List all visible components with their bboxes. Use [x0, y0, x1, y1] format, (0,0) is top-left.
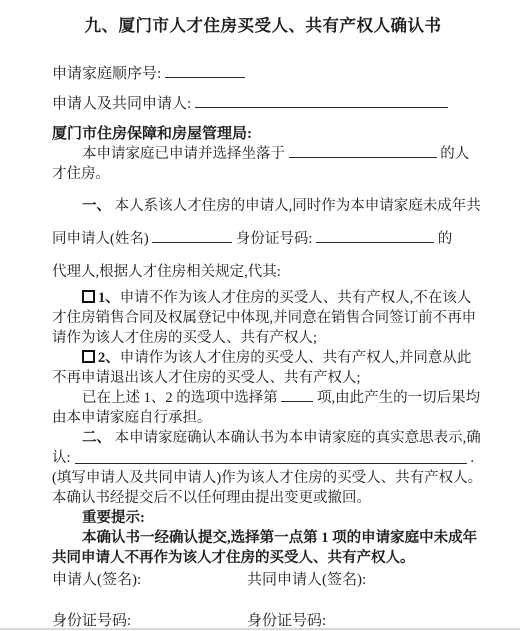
id-number-label: 身份证号码:: [236, 231, 313, 247]
option2-line-2: 不再申请退出该人才住房的买受人、共有产权人;: [52, 368, 474, 388]
choice-line-1: 已在上述 1、2 的选项中选择第 项,由此产生的一切后果均: [52, 388, 474, 408]
confirm-trailing-period: .: [470, 448, 474, 468]
option1-line-1: 1、申请不作为该人才住房的买受人、共有产权人,不在该人: [52, 288, 474, 308]
location-line-1: 本申请家庭已申请并选择坐落于 的人: [52, 144, 474, 164]
section2-text-1: 本申请家庭确认本确认书为本申请家庭的真实意思表示,确: [115, 430, 481, 446]
section1-line-2: 同申请人(姓名) 身份证号码: 的: [52, 229, 474, 249]
option2-text-1: 申请作为该人才住房的买受人、共有产权人,并同意从此: [120, 350, 472, 366]
location-text-post: 的人: [440, 146, 469, 162]
notice-line-1: 本确认书一经确认提交,选择第一点第 1 项的申请家庭中未成年: [52, 528, 474, 548]
document-title: 九、厦门市人才住房买受人、共有产权人确认书: [52, 14, 474, 38]
salutation: 厦门市住房保障和房屋管理局:: [52, 124, 474, 144]
option1-number: 1、: [98, 290, 120, 306]
option1-text-1: 申请不作为该人才住房的买受人、共有产权人,不在该人: [120, 290, 472, 306]
document-page: 九、厦门市人才住房买受人、共有产权人确认书 申请家庭顺序号: 申请人及共同申请人…: [0, 0, 520, 631]
option1-checkbox-icon[interactable]: [82, 290, 95, 303]
section1-marker: 一、: [82, 198, 111, 214]
section2-line-1: 二、 本申请家庭确认本确认书为本申请家庭的真实意思表示,确: [52, 428, 474, 448]
section1-line-1: 一、 本人系该人才住房的申请人,同时作为本申请家庭未成年共: [52, 196, 474, 216]
option2-number: 2、: [98, 350, 120, 366]
coapplicant-name-label: 同申请人(姓名): [52, 231, 149, 247]
section2-line-2: 认: .: [52, 448, 474, 468]
section1-text-1: 本人系该人才住房的申请人,同时作为本申请家庭未成年共: [115, 198, 481, 214]
location-line-2: 才住房。: [52, 164, 474, 184]
co-applicant-signature-label: 共同申请人(签名):: [247, 570, 474, 590]
section2-line-4: 本确认书经提交后不以任何理由提出变更或撤回。: [52, 488, 474, 508]
choice-line-2: 由本申请家庭自行承担。: [52, 408, 474, 428]
choice-text-post: 项,由此产生的一切后果均: [317, 390, 480, 406]
section1-line-3: 代理人,根据人才住房相关规定,代其:: [52, 262, 474, 282]
family-seq-blank[interactable]: [165, 64, 245, 78]
option2-line-1: 2、申请作为该人才住房的买受人、共有产权人,并同意从此: [52, 348, 474, 368]
applicants-label: 申请人及共同申请人:: [52, 96, 191, 112]
coapplicant-name-blank[interactable]: [152, 229, 232, 243]
page-bottom-edge: [0, 628, 520, 630]
family-seq-line: 申请家庭顺序号:: [52, 64, 474, 84]
applicant-signature-label: 申请人(签名):: [52, 570, 247, 590]
applicants-line: 申请人及共同申请人:: [52, 94, 474, 114]
confirm-blank[interactable]: [75, 448, 468, 464]
choice-text-pre: 已在上述 1、2 的选项中选择第: [82, 390, 278, 406]
applicants-blank[interactable]: [195, 94, 448, 108]
section2-line-3: (填写申请人及共同申请人)作为该人才住房的买受人、共有产权人。: [52, 468, 474, 488]
id-number-blank[interactable]: [316, 229, 434, 243]
section2-marker: 二、: [82, 430, 111, 446]
confirm-label: 认:: [52, 448, 71, 468]
location-text-pre: 本申请家庭已申请并选择坐落于: [82, 146, 285, 162]
location-blank[interactable]: [289, 144, 437, 158]
option1-line-2: 才住房销售合同及权属登记中体现,并同意在销售合同签订前不再申: [52, 308, 474, 328]
section1-text-2-post: 的: [438, 231, 453, 247]
option2-checkbox-icon[interactable]: [82, 350, 95, 363]
family-seq-label: 申请家庭顺序号:: [52, 66, 161, 82]
document-content: 九、厦门市人才住房买受人、共有产权人确认书 申请家庭顺序号: 申请人及共同申请人…: [0, 14, 520, 631]
notice-title: 重要提示:: [52, 508, 474, 528]
signature-row: 申请人(签名): 共同申请人(签名):: [52, 570, 474, 590]
option1-line-3: 请作为该人才住房的买受人、共有产权人;: [52, 328, 474, 348]
choice-blank[interactable]: [281, 388, 313, 402]
notice-line-2: 共同申请人不再作为该人才住房的买受人、共有产权人。: [52, 548, 474, 568]
